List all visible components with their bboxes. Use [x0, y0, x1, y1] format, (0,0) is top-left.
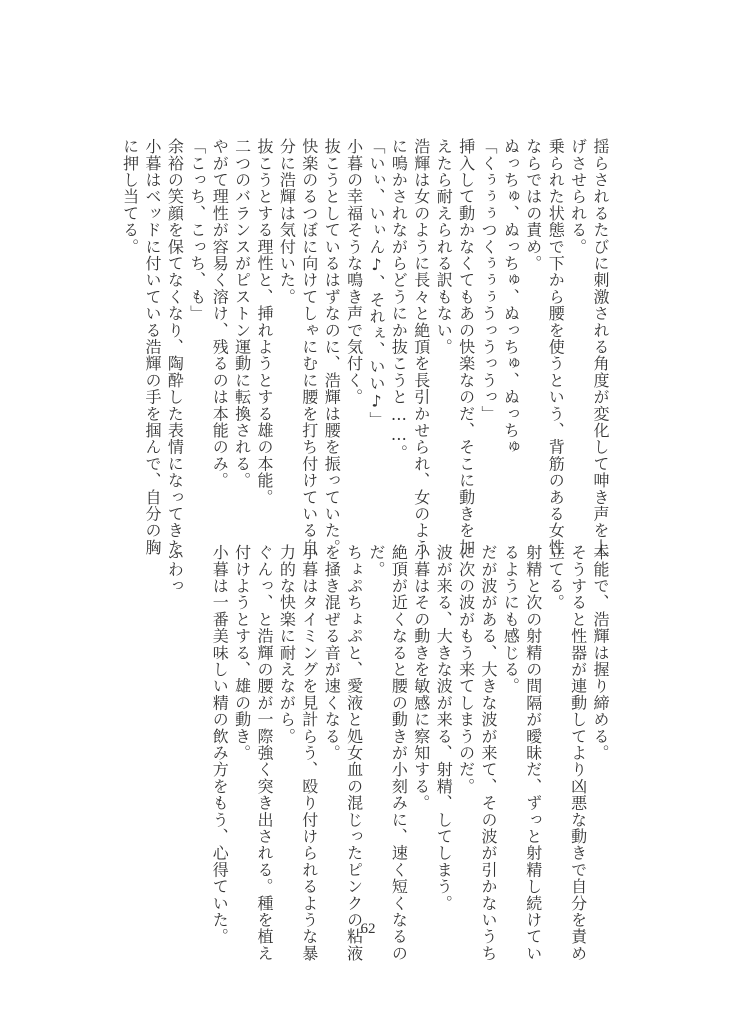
text-column: 快楽のるつぼに向けてしゃにむに腰を打ち付けている自	[299, 138, 319, 556]
text-column: そうすると性器が連動してより凶悪な動きで自分を責め	[568, 544, 588, 962]
text-column: 小暮はその動きを敏感に察知する。	[411, 544, 431, 811]
text-column: 絶頂が近くなると腰の動きが小刻みに、速く短くなるの	[388, 544, 408, 962]
text-column: 「いぃ、いぃん♪、それぇ、いい♪」	[366, 138, 386, 428]
text-column: ぐんっ、と浩輝の腰が一際強く突き出される。種を植え	[254, 544, 274, 962]
text-column: えたら耐えられる訳もない。	[433, 138, 453, 355]
text-column: を掻き混ぜる音が速くなる。	[321, 544, 341, 761]
text-column: 分に浩輝は気付いた。	[276, 138, 296, 305]
text-column: 揺らされるたびに刺激される角度が変化して呻き声を上	[590, 138, 610, 556]
text-column: 力的な快楽に耐えながら。	[276, 544, 296, 744]
text-column: 挿入して動かなくてもあの快楽なのだ、そこに動きを加	[456, 138, 476, 556]
text-column: 射精と次の射精の間隔が曖昧だ、ずっと射精し続けてい	[523, 544, 543, 962]
text-column: 小暮はタイミングを見計らう、殴り付けられるような暴	[299, 544, 319, 962]
text-column: 余裕の笑顔を保てなくなり、陶酔した表情になってきた	[164, 138, 184, 556]
text-column: 本能で、浩輝は握り締める。	[590, 544, 610, 761]
text-column: だが波がある、大きな波が来て、その波が引かないうち	[478, 544, 498, 962]
text-column: ぬっちゅ、ぬっちゅ、ぬっちゅ、ぬっちゅ	[500, 138, 520, 455]
text-column: 二つのバランスがピストン運動に転換される。	[232, 138, 252, 489]
text-column: るようにも感じる。	[500, 544, 520, 694]
text-column: に次の波がもう来てしまうのだ。	[456, 544, 476, 795]
text-column: 波が来る、大きな波が来る、射精、してしまう。	[433, 544, 453, 911]
text-column: 小暮は一番美味しい精の飲み方をもう、心得ていた。	[209, 544, 229, 945]
text-column: 付けようとする、雄の動き。	[232, 544, 252, 761]
text-column: やがて理性が容易く溶け、残るのは本能のみ。	[209, 138, 229, 489]
text-column: 「くぅぅぅつくぅぅぅうっうっうっ」	[478, 138, 498, 422]
text-column: 立てる。	[545, 544, 565, 611]
text-column: ちょぷちょぷと、愛液と処女血の混じったピンクの粘液	[344, 544, 364, 962]
page-number: 62	[353, 921, 383, 938]
text-column: 小暮の幸福そうな鳴き声で気付く。	[344, 138, 364, 405]
text-column: げさせられる。	[568, 138, 588, 255]
book-page: 揺らされるたびに刺激される角度が変化して呻き声を上げさせられる。乗られた状態で下…	[0, 0, 736, 1033]
text-column: 小暮はベッドに付いている浩輝の手を掴んで、自分の胸	[142, 138, 162, 556]
text-column: 浩輝は女のように長々と絶頂を長引かせられ、女のよう	[411, 138, 431, 556]
text-column: に押し当てる。	[120, 138, 140, 255]
text-column: 乗られた状態で下から腰を使うという、背筋のある女性	[545, 138, 565, 556]
text-column: ならではの責め。	[523, 138, 543, 272]
text-column: 「こっち、こっち、も」	[187, 138, 207, 322]
text-column: 抜こうとする理性と、挿れようとする雄の本能。	[254, 138, 274, 505]
text-column: ふわっ	[164, 544, 184, 594]
text-column: 抜こうとしているはずなのに、浩輝は腰を振っていた。	[321, 138, 341, 556]
text-column: だ。	[366, 544, 386, 577]
text-column: に鳴かされながらどうにか抜こうと……。	[388, 138, 408, 461]
